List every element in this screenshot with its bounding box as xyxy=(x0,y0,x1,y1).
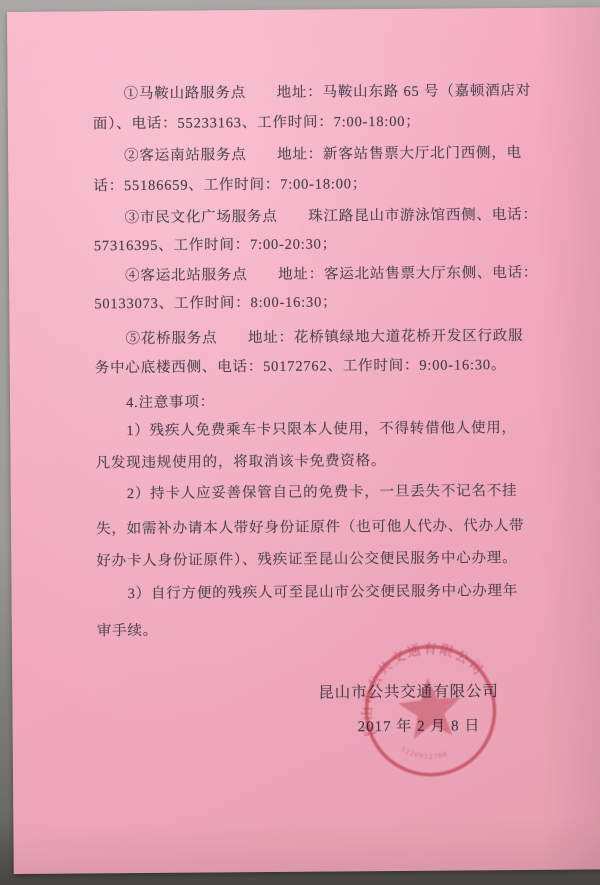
notice-line: ④客运北站服务点 地址：客运北站售票大厅东侧、电话： xyxy=(94,261,538,285)
notice-line: 1）残疾人免费乘车卡只限本人使用，不得转借他人使用， xyxy=(95,416,517,440)
official-seal-icon: 昆山市公共交通有限公司 3220932706 xyxy=(335,615,527,807)
notice-line: ③市民文化广场服务点 珠江路昆山市游泳馆西侧、电话： xyxy=(94,203,538,227)
paper: ①马鞍山路服务点 地址：马鞍山东路 65 号（嘉顿酒店对 面）、电话：55233… xyxy=(7,7,600,874)
notice-line: 50133073、工作时间：8:00-16:30； xyxy=(94,290,337,313)
notice-line: 务中心底楼西侧、电话：50172762、工作时间：9:00-16:30。 xyxy=(95,353,507,377)
notice-line: 审手续。 xyxy=(97,619,158,640)
notice-line: ②客运南站服务点 地址：新客站售票大厅北门西侧，电 xyxy=(93,141,522,165)
seal-star-icon xyxy=(396,675,464,740)
notice-line: ⑤花桥服务点 地址：花桥镇绿地大道花桥开发区行政服 xyxy=(94,324,523,348)
notice-section-heading: 4.注意事项： xyxy=(95,390,215,412)
notice-line: 话：55186659、工作时间：7:00-18:00； xyxy=(93,172,367,195)
photo-background: ①马鞍山路服务点 地址：马鞍山东路 65 号（嘉顿酒店对 面）、电话：55233… xyxy=(0,0,600,885)
notice-line: 2）持卡人应妥善保管自己的免费卡，一旦丢失不记名不挂 xyxy=(96,479,518,503)
seal-code: 3220932706 xyxy=(399,741,450,764)
svg-text:3220932706: 3220932706 xyxy=(399,741,450,764)
notice-line: 3）自行方便的残疾人可至昆山市公交便民服务中心办理年 xyxy=(96,579,518,603)
notice-line: 失，如需补办请本人带好身份证原件（也可他人代办、代办人带 xyxy=(96,514,525,538)
notice-line: 57316395、工作时间：7:00-20:30； xyxy=(94,232,337,255)
notice-line: ①马鞍山路服务点 地址：马鞍山东路 65 号（嘉顿酒店对 xyxy=(93,79,532,103)
notice-line: 面）、电话：55233163、工作时间：7:00-18:00； xyxy=(93,110,421,134)
notice-line: 好办卡人身份证原件）、残疾证至昆山公交便民服务中心办理。 xyxy=(96,546,517,570)
notice-line: 凡发现违规使用的，将取消该卡免费资格。 xyxy=(95,449,386,472)
